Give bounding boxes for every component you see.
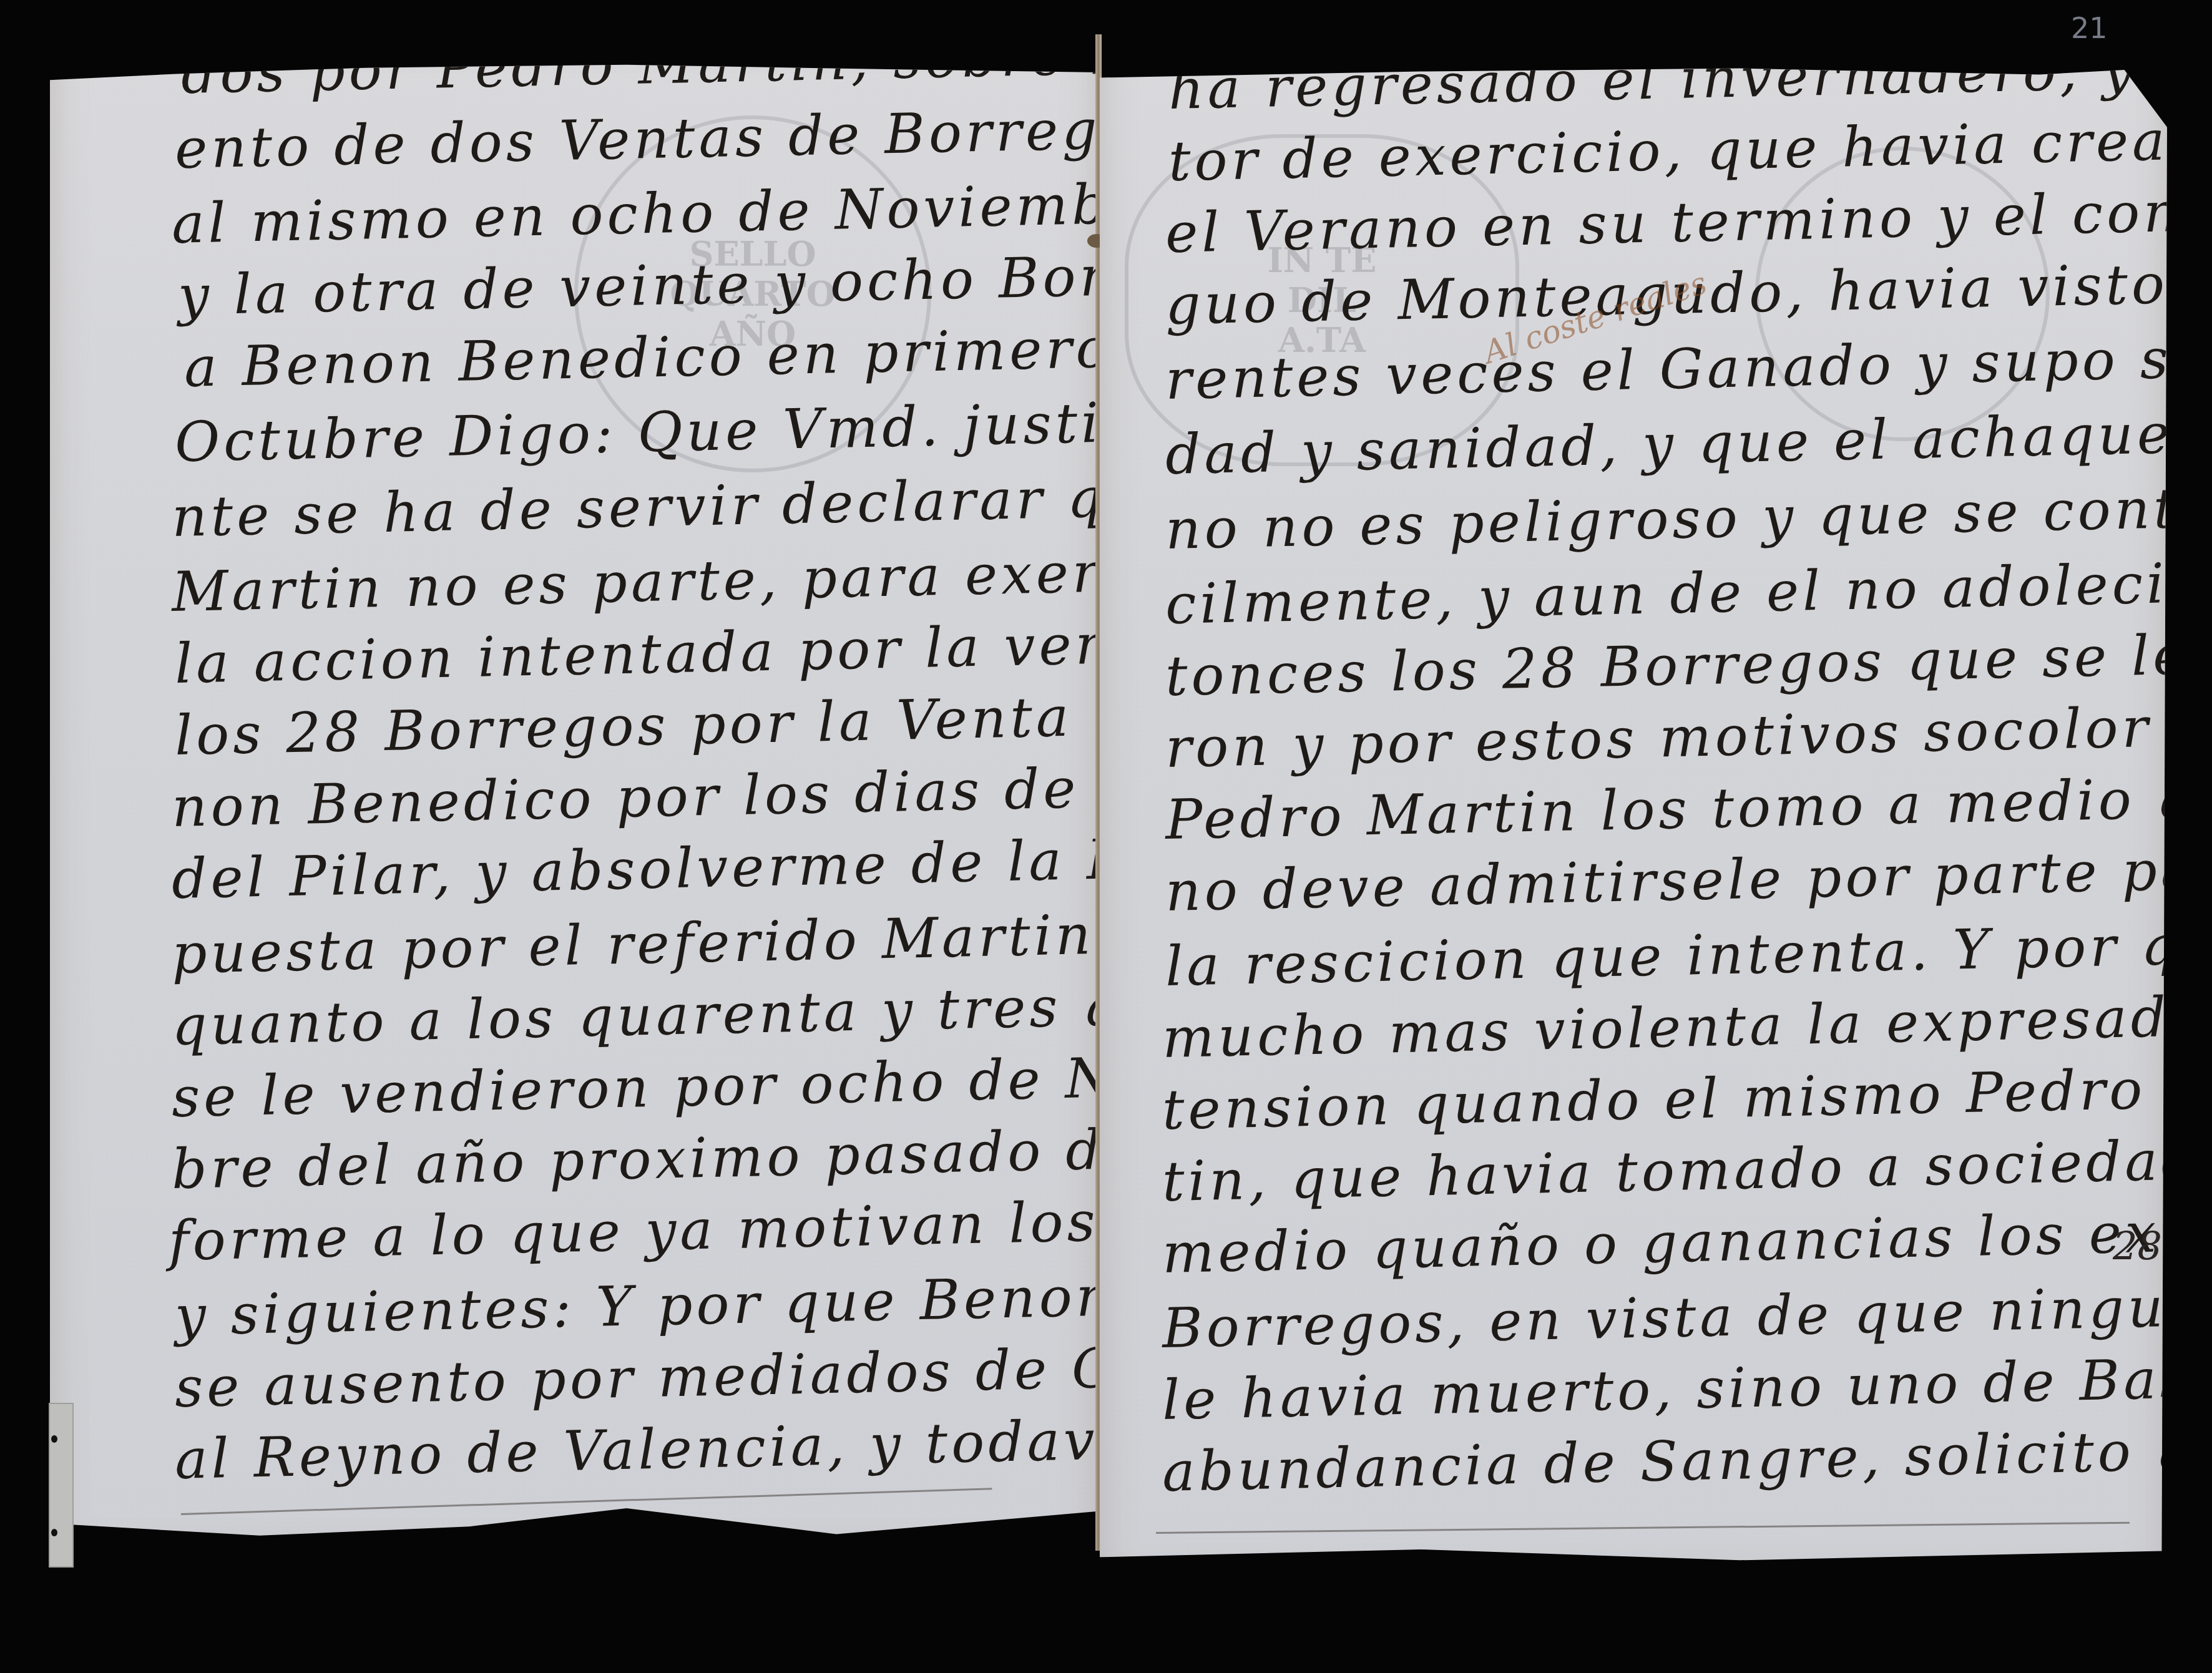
manuscript-line: no deve admitirsele por parte para xyxy=(1165,841,2212,919)
tab-notch xyxy=(51,1435,57,1443)
manuscript-line: al Reyno de Valencia, y todavia no xyxy=(174,1410,1254,1487)
manuscript-line: no no es peligroso y que se contrae fa xyxy=(1165,477,2212,557)
manuscript-line: puesta por el referido Martin en xyxy=(171,905,1192,982)
right-page: IN TE DIL A.TA ha regresado el invernade… xyxy=(1100,34,2167,1582)
manuscript-line: Pedro Martin los tomo a medio quaño xyxy=(1165,768,2212,847)
manuscript-line: abundancia de Sangre, solicito que se xyxy=(1162,1420,2212,1500)
closing-rule xyxy=(1156,1522,2130,1534)
manuscript-line: tension quando el mismo Pedro Mar xyxy=(1162,1059,2212,1138)
manuscript-line: ha regresado el invernadero, y como Past… xyxy=(1168,34,2212,117)
manuscript-line: tin, que havia tomado a sociedad de xyxy=(1162,1131,2212,1209)
manuscript-line: la rescicion que intenta. Y por que es xyxy=(1165,914,2212,994)
manuscript-line: tonces los 28 Borregos que se le vendie xyxy=(1165,623,2212,704)
left-page: SELLO QUARTO AÑO dos por Pedro Martin, s… xyxy=(50,34,1099,1557)
margin-annotation: 28 xyxy=(2113,1223,2162,1269)
manuscript-line: Borregos, en vista de que ninguno se xyxy=(1162,1277,2212,1356)
manuscript-line: al mismo en ocho de Noviembre xyxy=(171,175,1177,251)
manuscript-line: los 28 Borregos por la Venta a Be xyxy=(174,686,1232,763)
manuscript-line: ron y por estos motivos socolor de que xyxy=(1165,695,2212,776)
archive-spine-tab xyxy=(49,1403,74,1568)
manuscript-line: tor de exercicio, que havia creado todo xyxy=(1168,109,2212,189)
manuscript-line: cilmente, y aun de el no adolecian en xyxy=(1165,553,2212,632)
tab-notch xyxy=(51,1529,57,1536)
closing-rule xyxy=(181,1488,992,1515)
folio-number: 21 xyxy=(2071,11,2108,45)
manuscript-line: a Benon Benedico en primeros de xyxy=(184,318,1241,395)
manuscript-line: le havia muerto, sino uno de Baso o xyxy=(1162,1349,2212,1428)
manuscript-line: mucho mas violenta la expresada pre xyxy=(1162,987,2212,1066)
manuscript-spread: SELLO QUARTO AÑO dos por Pedro Martin, s… xyxy=(0,0,2212,1673)
manuscript-line: Martin no es parte, para exercitar xyxy=(171,542,1251,620)
